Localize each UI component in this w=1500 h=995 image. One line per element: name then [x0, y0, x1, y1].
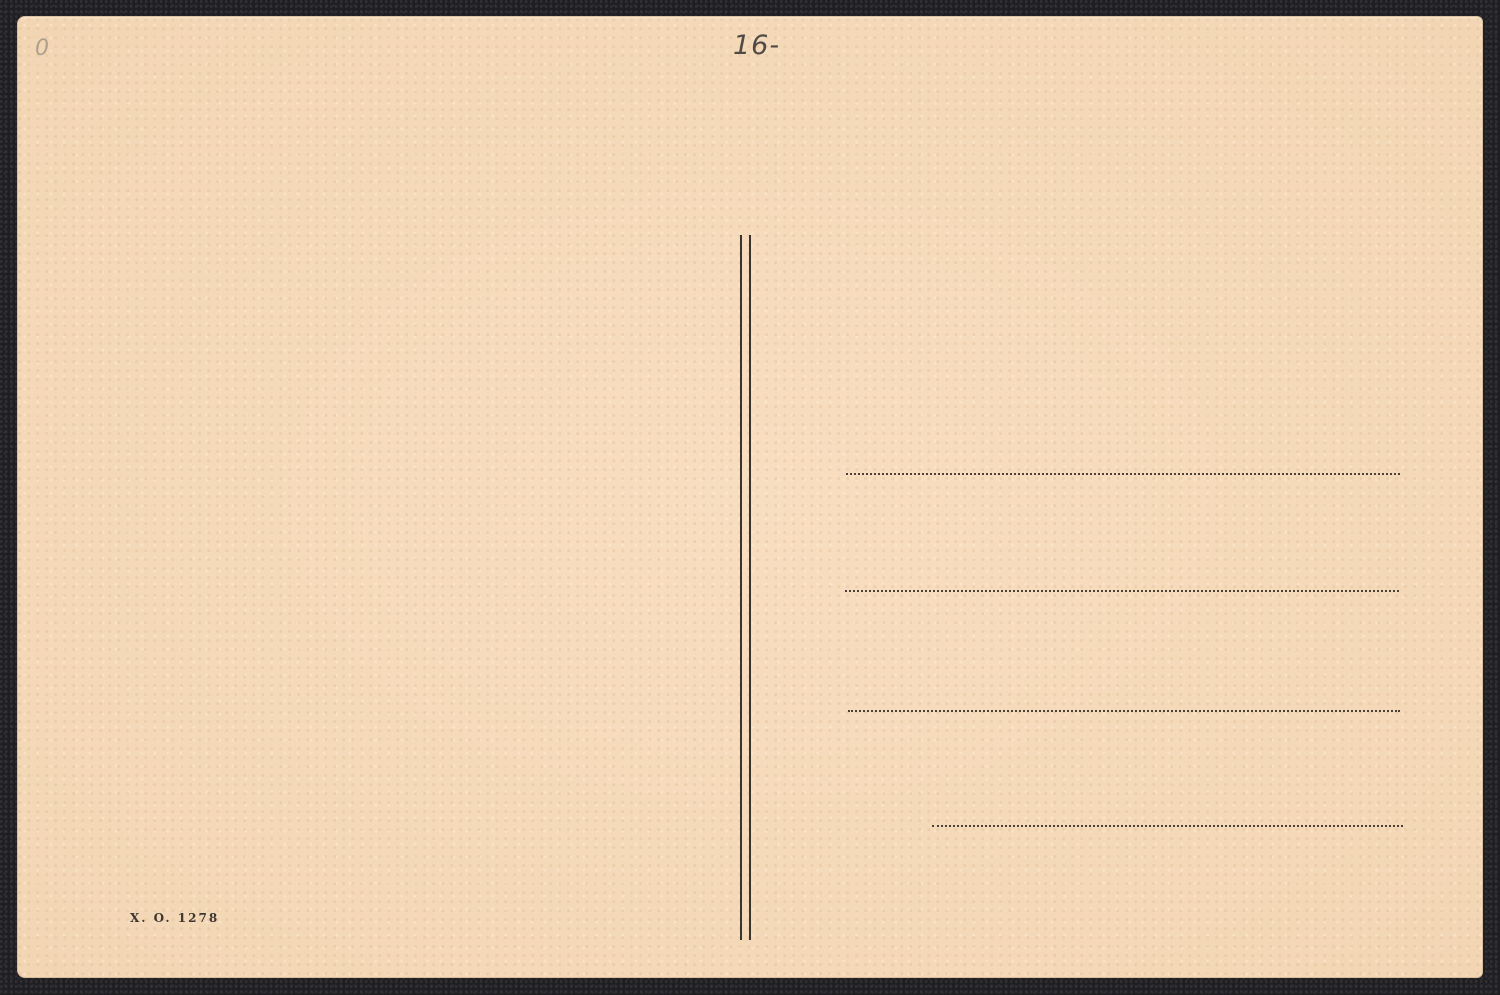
postcard-back: 0 16- X. O. 1278: [17, 16, 1483, 978]
corner-pencil-mark: 0: [35, 36, 49, 61]
divider-line-left: [740, 235, 742, 940]
address-line-4: [932, 825, 1403, 827]
print-code: X. O. 1278: [130, 911, 219, 925]
price-pencil-mark: 16-: [733, 30, 780, 61]
address-line-2: [845, 590, 1399, 592]
divider-line-right: [749, 235, 751, 940]
address-line-1: [846, 473, 1400, 475]
address-line-3: [848, 710, 1400, 712]
